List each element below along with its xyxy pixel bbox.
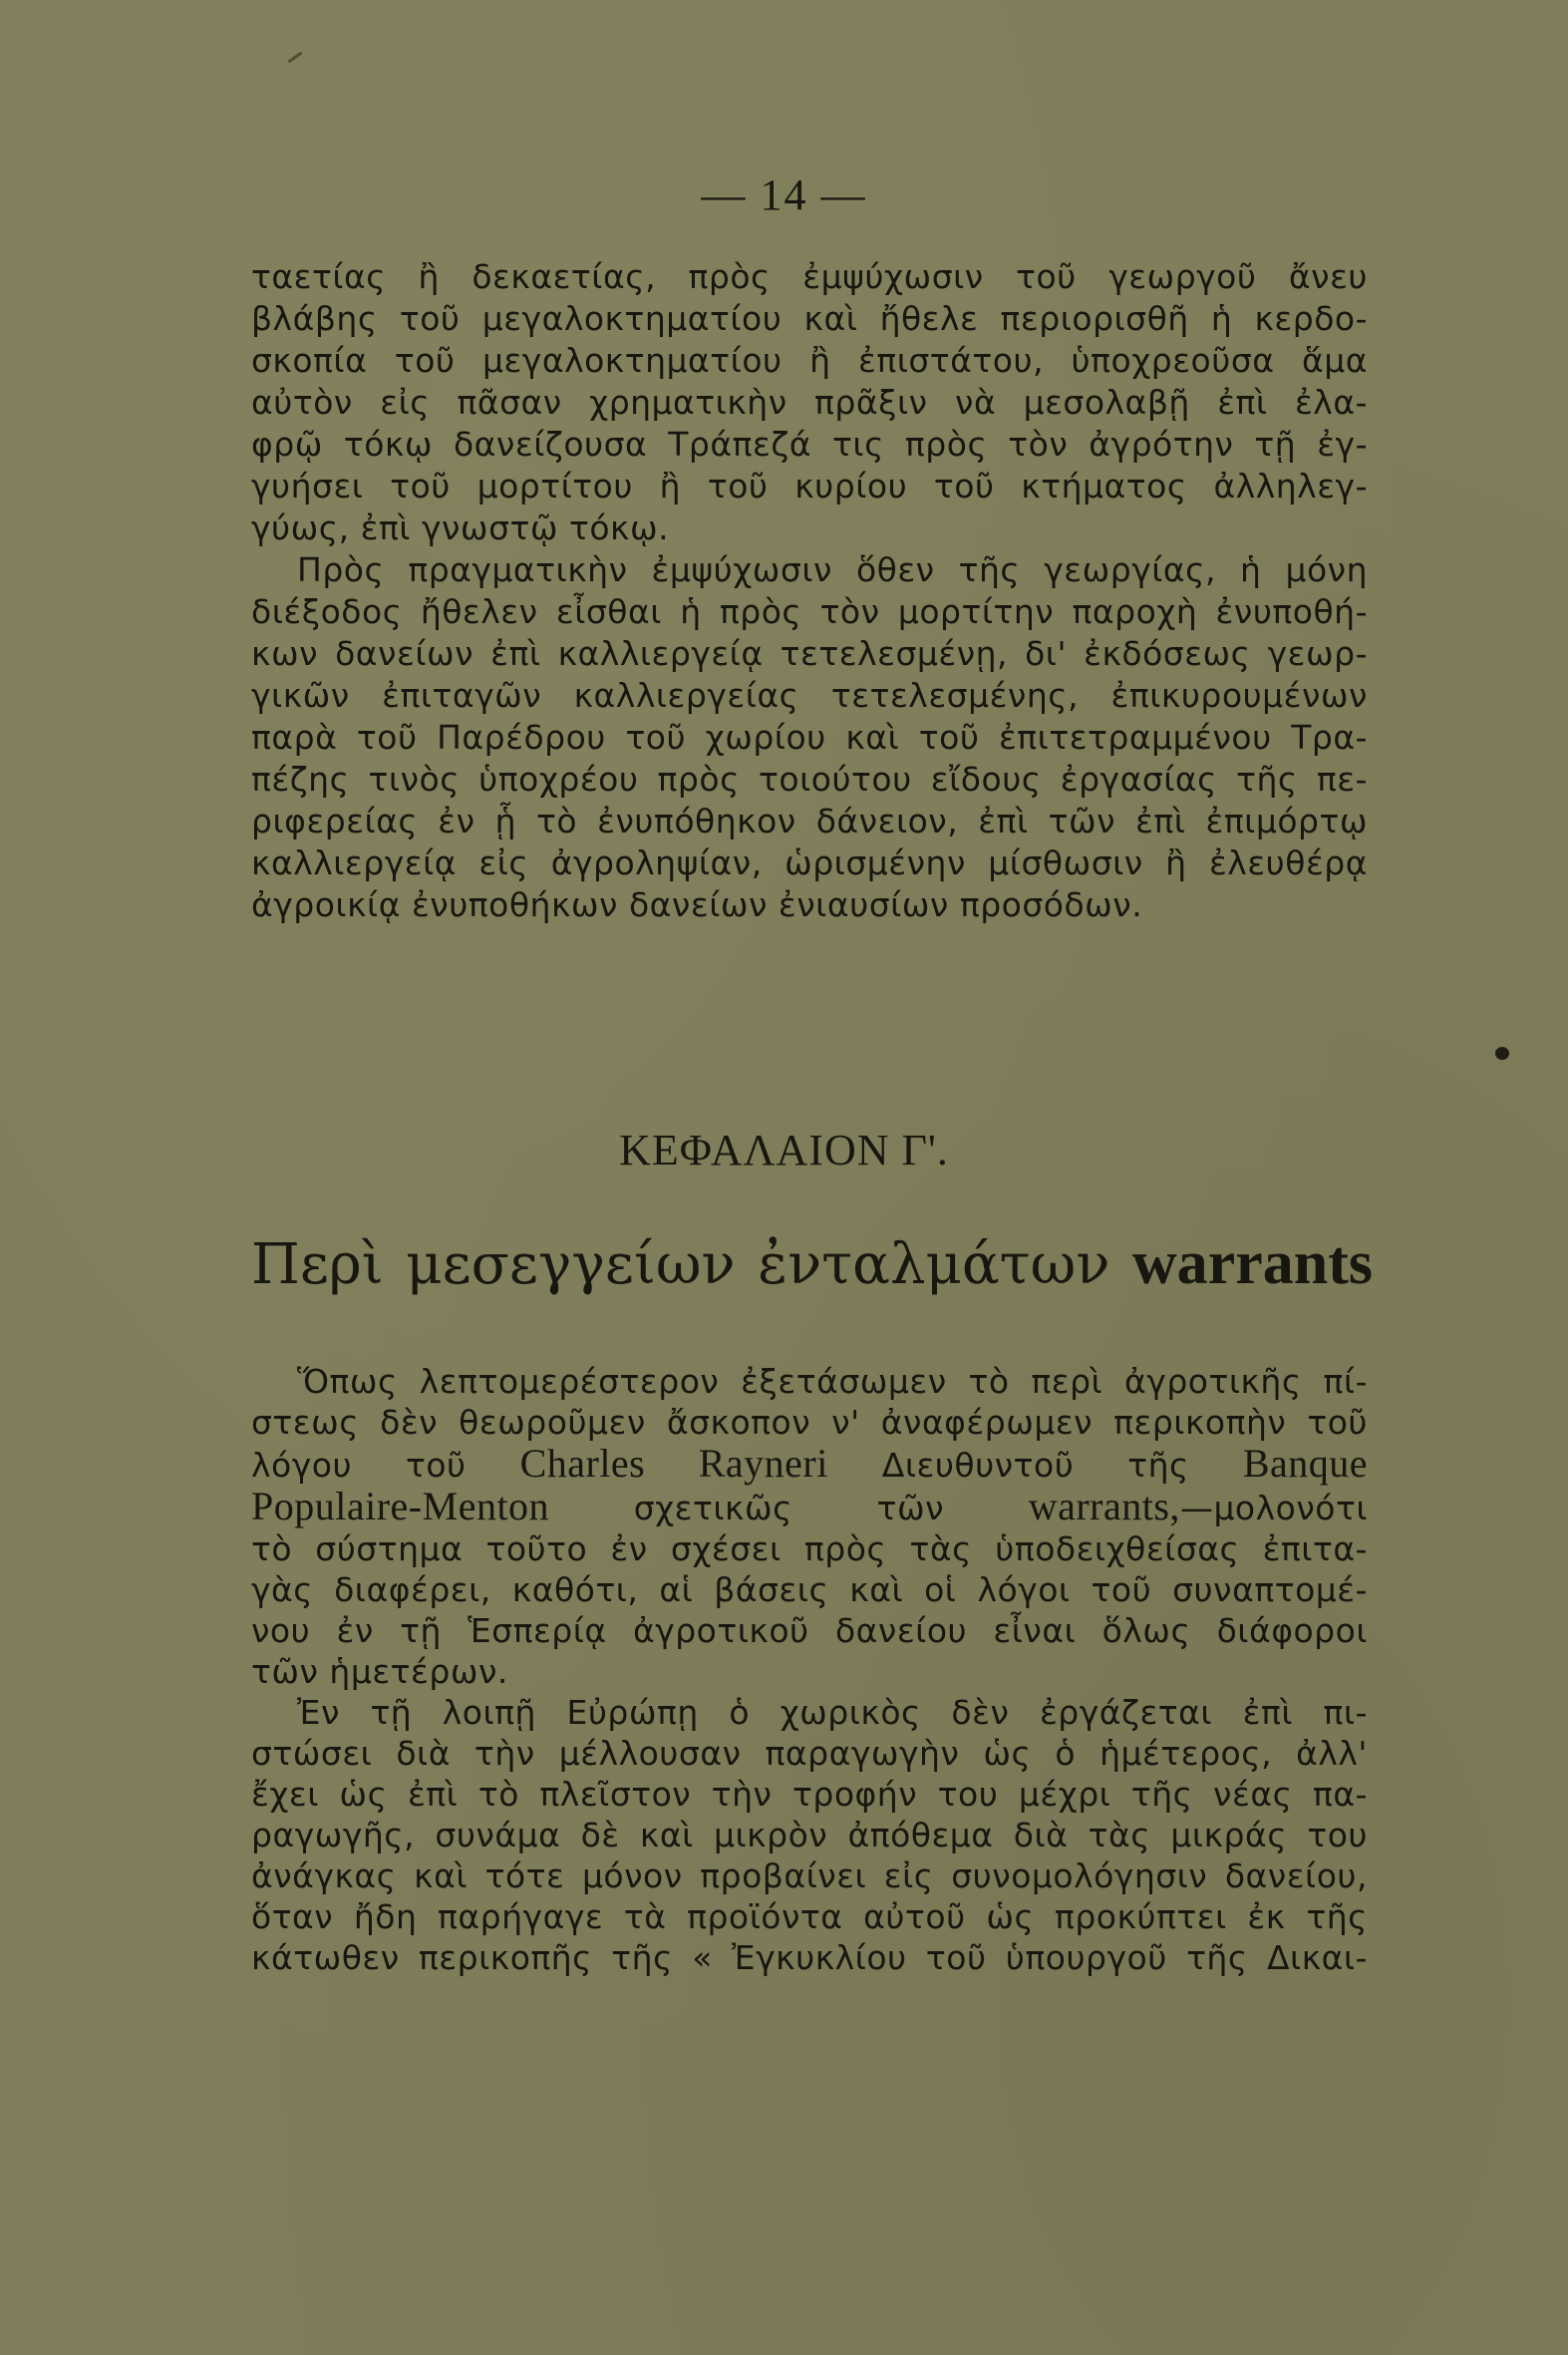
text-line: νου ἐν τῇ Ἑσπερίᾳ ἀγροτικοῦ δανείου εἶνα… [251,1610,1368,1651]
ink-dot [1495,1047,1509,1060]
scanned-book-page: — 14 — ταετίας ἢ δεκαετίας, πρὸς ἐμψύχωσ… [0,0,1568,2355]
text-line: στεως δὲν θεωροῦμεν ἄσκοπον ν' ἀναφέρωμε… [251,1402,1368,1443]
text-line: ὅταν ἤδη παρήγαγε τὰ προϊόντα αὐτοῦ ὡς π… [251,1896,1368,1937]
text-line: πέζης τινὸς ὑποχρέου πρὸς τοιούτου εἴδου… [251,759,1368,801]
text-line: ἀγροικίᾳ ἐνυποθήκων δανείων ἐνιαυσίων πρ… [251,884,1368,926]
text-line: παρὰ τοῦ Παρέδρου τοῦ χωρίου καὶ τοῦ ἐπι… [251,717,1368,759]
text-line: ἔχει ὡς ἐπὶ τὸ πλεῖστον τὴν τροφήν του μ… [251,1774,1368,1815]
text-line: Ἐν τῇ λοιπῇ Εὐρώπῃ ὁ χωρικὸς δὲν ἐργάζετ… [251,1692,1368,1733]
page-number: — 14 — [0,169,1568,220]
text-line: γυήσει τοῦ μορτίτου ἢ τοῦ κυρίου τοῦ κτή… [251,466,1368,507]
text-line: Πρὸς πραγματικὴν ἐμψύχωσιν ὅθεν τῆς γεωρ… [251,549,1368,591]
text-line: Ὅπως λεπτομερέστερον ἐξετάσωμεν τὸ περὶ … [251,1361,1368,1402]
text-line: γικῶν ἐπιταγῶν καλλιεργείας τετελεσμένης… [251,675,1368,717]
text-line: βλάβης τοῦ μεγαλοκτηματίου καὶ ἤθελε περ… [251,298,1368,340]
text-line: στώσει διὰ τὴν μέλλουσαν παραγωγὴν ὡς ὁ … [251,1733,1368,1774]
text-line: καλλιεργείᾳ εἰς ἀγροληψίαν, ὡρισμένην μί… [251,842,1368,884]
text-line: φρῷ τόκῳ δανείζουσα Τράπεζά τις πρὸς τὸν… [251,424,1368,466]
text-line: τῶν ἡμετέρων. [251,1651,1368,1692]
chapter-label: ΚΕΦΑΛΑΙΟΝ Γ'. [0,1125,1568,1176]
text-line: ἀνάγκας καὶ τότε μόνον προβαίνει εἰς συν… [251,1855,1368,1896]
text-line: ραγωγῆς, συνάμα δὲ καὶ μικρὸν ἀπόθεμα δι… [251,1815,1368,1855]
text-line: ριφερείας ἐν ᾗ τὸ ἐνυπόθηκον δάνειον, ἐπ… [251,801,1368,842]
chapter-title-latin: warrants [1132,1229,1373,1297]
text-line: κων δανείων ἐπὶ καλλιεργείᾳ τετελεσμένῃ,… [251,633,1368,675]
body-text-bottom: Ὅπως λεπτομερέστερον ἐξετάσωμεν τὸ περὶ … [251,1361,1368,1978]
text-line: σκοπία τοῦ μεγαλοκτηματίου ἢ ἐπιστάτου, … [251,340,1368,382]
text-line: ταετίας ἢ δεκαετίας, πρὸς ἐμψύχωσιν τοῦ … [251,256,1368,298]
body-text-top: ταετίας ἢ δεκαετίας, πρὸς ἐμψύχωσιν τοῦ … [251,256,1368,926]
text-line: κάτωθεν περικοπῆς τῆς « Ἐγκυκλίου τοῦ ὑπ… [251,1937,1368,1978]
text-line: διέξοδος ἤθελεν εἶσθαι ἡ πρὸς τὸν μορτίτ… [251,591,1368,633]
text-line: γύως, ἐπὶ γνωστῷ τόκῳ. [251,507,1368,549]
text-line: τὸ σύστημα τοῦτο ἐν σχέσει πρὸς τὰς ὑποδ… [251,1528,1368,1569]
chapter-title: Περὶ μεσεγγείων ἐνταλμάτων warrants [251,1228,1373,1300]
text-line: αὐτὸν εἰς πᾶσαν χρηματικὴν πρᾶξιν νὰ μεσ… [251,382,1368,424]
text-line: γὰς διαφέρει, καθότι, αἱ βάσεις καὶ οἱ λ… [251,1569,1368,1610]
text-line: λόγου τοῦ Charles Rayneri Διευθυντοῦ τῆς… [251,1443,1368,1486]
text-line: Populaire-Menton σχετικῶς τῶν warrants,—… [251,1486,1368,1528]
paper-mark [288,52,303,64]
chapter-title-greek: Περὶ μεσεγγείων ἐνταλμάτων [251,1232,1109,1297]
